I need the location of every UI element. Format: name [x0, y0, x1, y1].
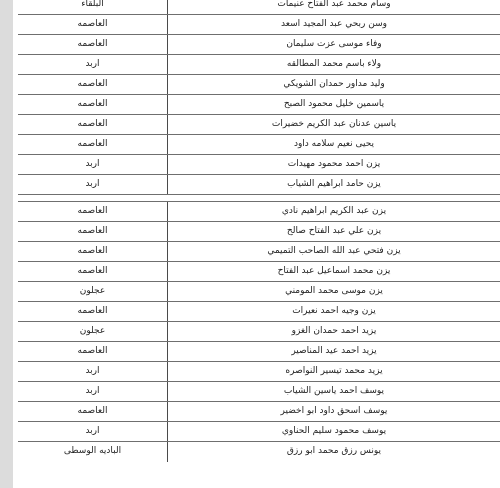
- table-row: العاصمه وليد مداور حمدان الشويكي: [18, 75, 500, 95]
- governorate-cell: اربد: [18, 362, 168, 381]
- table-row: اربد يوسف احمد ياسين الشياب: [18, 382, 500, 402]
- name-cell: يزن احمد محمود مهيدات: [168, 155, 500, 174]
- name-cell: يزيد محمد تيسير النواصره: [168, 362, 500, 381]
- name-cell: ولاء باسم محمد المطالقه: [168, 55, 500, 74]
- name-cell: يزن وجيه احمد نعيرات: [168, 302, 500, 321]
- table-row: العاصمه يزيد احمد عيد المناصير: [18, 342, 500, 362]
- table-row: العاصمه يزن محمد اسماعيل عبد الفتاح: [18, 262, 500, 282]
- governorate-cell: العاصمه: [18, 95, 168, 114]
- governorate-cell: العاصمه: [18, 75, 168, 94]
- name-cell: يوسف احمد ياسين الشياب: [168, 382, 500, 401]
- name-cell: يزن حامد ابراهيم الشياب: [168, 175, 500, 194]
- name-cell: وليد مداور حمدان الشويكي: [168, 75, 500, 94]
- name-cell: ياسين عدنان عبد الكريم خضيرات: [168, 115, 500, 134]
- table-row: العاصمه يزن فتحي عبد الله الصاحب التميمي: [18, 242, 500, 262]
- name-cell: يزن علي عبد الفتاح صالح: [168, 222, 500, 241]
- governorate-cell: اربد: [18, 422, 168, 441]
- table-row: اربد يزيد محمد تيسير النواصره: [18, 362, 500, 382]
- name-cell: يوسف اسحق داود ابو اخضير: [168, 402, 500, 421]
- name-cell: يزيد احمد حمدان الغزو: [168, 322, 500, 341]
- governorate-cell: العاصمه: [18, 222, 168, 241]
- table-row: العاصمه يوسف اسحق داود ابو اخضير: [18, 402, 500, 422]
- table-row: العاصمه ياسمين خليل محمود الصبح: [18, 95, 500, 115]
- table-row: الباديه الوسطى يونس رزق محمد ابو رزق: [18, 442, 500, 462]
- governorate-cell: العاصمه: [18, 202, 168, 221]
- name-cell: وسن ربحي عبد المجيد اسعد: [168, 15, 500, 34]
- table-row: العاصمه يزن وجيه احمد نعيرات: [18, 302, 500, 322]
- table-row: العاصمه يزن عبد الكريم ابراهيم نادي: [18, 202, 500, 222]
- names-table-section-1: البلقاء وسام محمد عبد الفتاح عنيمات العا…: [18, 0, 500, 195]
- table-row: عجلون يزن موسى محمد المومني: [18, 282, 500, 302]
- governorate-cell: العاصمه: [18, 135, 168, 154]
- table-row: العاصمه وسن ربحي عبد المجيد اسعد: [18, 15, 500, 35]
- governorate-cell: العاصمه: [18, 302, 168, 321]
- table-row: العاصمه وفاء موسى عزت سليمان: [18, 35, 500, 55]
- governorate-cell: العاصمه: [18, 35, 168, 54]
- name-cell: يزن فتحي عبد الله الصاحب التميمي: [168, 242, 500, 261]
- name-cell: يزن محمد اسماعيل عبد الفتاح: [168, 262, 500, 281]
- governorate-cell: اربد: [18, 55, 168, 74]
- table-row: العاصمه يزن علي عبد الفتاح صالح: [18, 222, 500, 242]
- name-cell: يزيد احمد عيد المناصير: [168, 342, 500, 361]
- left-margin-strip: [0, 0, 13, 488]
- table-row: العاصمه ياسين عدنان عبد الكريم خضيرات: [18, 115, 500, 135]
- name-cell: وسام محمد عبد الفتاح عنيمات: [168, 0, 500, 14]
- governorate-cell: العاصمه: [18, 242, 168, 261]
- governorate-cell: العاصمه: [18, 115, 168, 134]
- table-row: اربد ولاء باسم محمد المطالقه: [18, 55, 500, 75]
- name-cell: يونس رزق محمد ابو رزق: [168, 442, 500, 462]
- table-row: عجلون يزيد احمد حمدان الغزو: [18, 322, 500, 342]
- table-row: البلقاء وسام محمد عبد الفتاح عنيمات: [18, 0, 500, 15]
- table-row: العاصمه يحيى نعيم سلامه داود: [18, 135, 500, 155]
- document-page: البلقاء وسام محمد عبد الفتاح عنيمات العا…: [0, 0, 500, 488]
- governorate-cell: اربد: [18, 382, 168, 401]
- governorate-cell: العاصمه: [18, 262, 168, 281]
- governorate-cell: عجلون: [18, 322, 168, 341]
- name-cell: وفاء موسى عزت سليمان: [168, 35, 500, 54]
- name-cell: يحيى نعيم سلامه داود: [168, 135, 500, 154]
- governorate-cell: اربد: [18, 155, 168, 174]
- table-row: اربد يزن احمد محمود مهيدات: [18, 155, 500, 175]
- governorate-cell: عجلون: [18, 282, 168, 301]
- governorate-cell: العاصمه: [18, 342, 168, 361]
- names-table-section-2: العاصمه يزن عبد الكريم ابراهيم نادي العا…: [18, 201, 500, 462]
- governorate-cell: اربد: [18, 175, 168, 194]
- governorate-cell: العاصمه: [18, 402, 168, 421]
- governorate-cell: البلقاء: [18, 0, 168, 14]
- table-row: اربد يزن حامد ابراهيم الشياب: [18, 175, 500, 195]
- name-cell: يزن عبد الكريم ابراهيم نادي: [168, 202, 500, 221]
- name-cell: يوسف محمود سليم الحناوي: [168, 422, 500, 441]
- name-cell: ياسمين خليل محمود الصبح: [168, 95, 500, 114]
- table-row: اربد يوسف محمود سليم الحناوي: [18, 422, 500, 442]
- name-cell: يزن موسى محمد المومني: [168, 282, 500, 301]
- governorate-cell: الباديه الوسطى: [18, 442, 168, 462]
- governorate-cell: العاصمه: [18, 15, 168, 34]
